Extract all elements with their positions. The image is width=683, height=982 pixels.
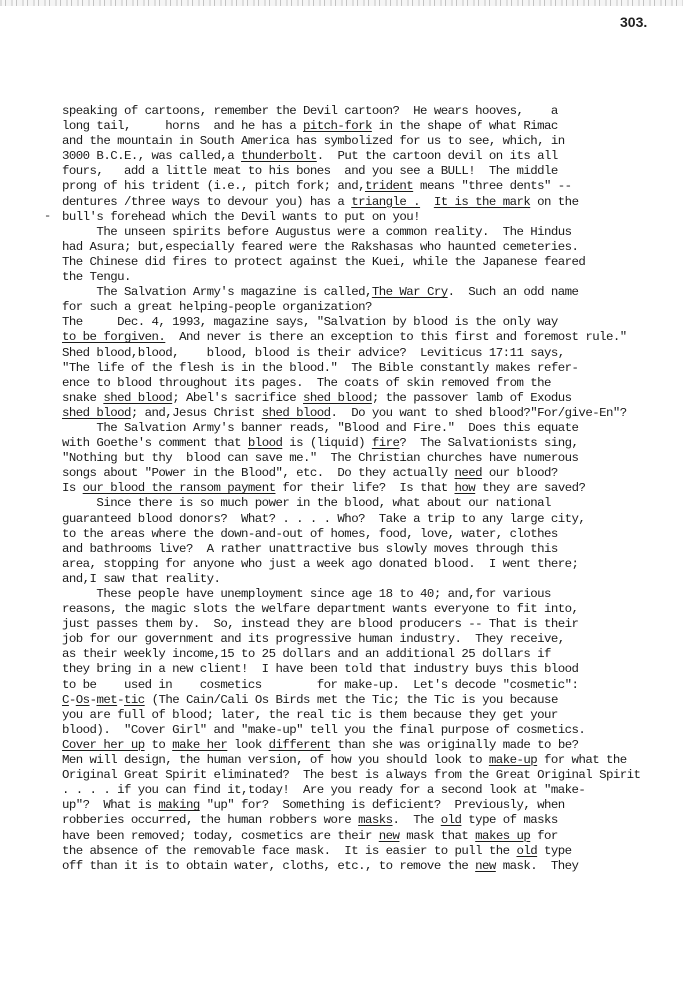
text-segment: area, stopping for anyone who just a wee… (62, 557, 578, 571)
underlined-text: Cover her up (62, 738, 145, 752)
text-line: reasons, the magic slots the welfare dep… (62, 602, 683, 617)
underlined-text: make-up (489, 753, 537, 767)
text-line: you are full of blood; later, the real t… (62, 708, 683, 723)
text-line: These people have unemployment since age… (62, 587, 683, 602)
text-segment: they are saved? (475, 481, 585, 495)
underlined-text: It is the mark (434, 195, 530, 209)
text-segment: to be used in cosmetics for make-up. Let… (62, 678, 578, 692)
scan-edge-noise (0, 0, 683, 6)
text-segment: Shed blood,blood, blood, blood is their … (62, 346, 565, 360)
text-segment: reasons, the magic slots the welfare dep… (62, 602, 578, 616)
text-segment: for their life? Is that (275, 481, 454, 495)
text-segment: ? The Salvationists sing, (399, 436, 578, 450)
text-line: and bathrooms live? A rather unattractiv… (62, 542, 683, 557)
text-segment: blood). "Cover Girl" and "make-up" tell … (62, 723, 585, 737)
underlined-text: shed blood (103, 391, 172, 405)
text-line: up"? What is making "up" for? Something … (62, 798, 683, 813)
text-segment: they bring in a new client! I have been … (62, 662, 578, 676)
text-line: songs about "Power in the Blood", etc. D… (62, 466, 683, 481)
page-number: 303. (620, 14, 647, 30)
text-line: have been removed; today, cosmetics are … (62, 829, 683, 844)
underlined-text: makes up (475, 829, 530, 843)
text-segment: up"? What is (62, 798, 158, 812)
text-line: Since there is so much power in the bloo… (62, 496, 683, 511)
text-segment: the absence of the removable face mask. … (62, 844, 516, 858)
text-segment: . Such an odd name (448, 285, 579, 299)
text-line: to the areas where the down-and-out of h… (62, 527, 683, 542)
text-segment: had Asura; but,especially feared were th… (62, 240, 578, 254)
text-line: with Goethe's comment that blood is (liq… (62, 436, 683, 451)
text-line: they bring in a new client! I have been … (62, 662, 683, 677)
text-segment: fours, add a little meat to his bones an… (62, 164, 558, 178)
underlined-text: C (62, 693, 69, 707)
underlined-text: new (379, 829, 400, 843)
underlined-text: Os (76, 693, 90, 707)
text-line: and,I saw that reality. (62, 572, 683, 587)
text-segment: in the shape of what Rimac (372, 119, 558, 133)
text-line: as their weekly income,15 to 25 dollars … (62, 647, 683, 662)
text-segment: mask. They (496, 859, 579, 873)
text-segment: dentures /three ways to devour you) has … (62, 195, 351, 209)
text-segment: songs about "Power in the Blood", etc. D… (62, 466, 454, 480)
text-segment: ; the passover lamb of Exodus (372, 391, 572, 405)
text-line: had Asura; but,especially feared were th… (62, 240, 683, 255)
text-segment: "The life of the flesh is in the blood."… (62, 361, 578, 375)
text-segment: . . . . if you can find it,today! Are yo… (62, 783, 585, 797)
text-segment: and bathrooms live? A rather unattractiv… (62, 542, 558, 556)
text-segment: our blood? (482, 466, 558, 480)
text-segment: (The Cain/Cali Os Birds met the Tic; the… (145, 693, 558, 707)
text-segment: and the mountain in South America has sy… (62, 134, 565, 148)
text-line: speaking of cartoons, remember the Devil… (62, 104, 683, 119)
text-segment: long tail, horns and he has a (62, 119, 303, 133)
text-line: C-Os-met-tic (The Cain/Cali Os Birds met… (62, 693, 683, 708)
text-segment: for what the (537, 753, 627, 767)
underlined-text: thunderbolt (241, 149, 317, 163)
text-segment: - (117, 693, 124, 707)
text-line: prong of his trident (i.e., pitch fork; … (62, 179, 683, 194)
underlined-text: need (454, 466, 482, 480)
text-segment: for such a great helping-people organiza… (62, 300, 372, 314)
underlined-text: shed blood (62, 406, 131, 420)
text-segment: speaking of cartoons, remember the Devil… (62, 104, 558, 118)
text-segment: off than it is to obtain water, cloths, … (62, 859, 475, 873)
text-line: "Nothing but thy blood can save me." The… (62, 451, 683, 466)
text-segment: The Dec. 4, 1993, magazine says, "Salvat… (62, 315, 558, 329)
margin-mark: - (44, 209, 51, 223)
underlined-text: fire (372, 436, 400, 450)
text-segment: for (530, 829, 558, 843)
text-line: to be used in cosmetics for make-up. Let… (62, 678, 683, 693)
underlined-text: pitch-fork (303, 119, 372, 133)
text-segment: The Chinese did fires to protect against… (62, 255, 585, 269)
text-segment: The Salvation Army's magazine is called, (62, 285, 372, 299)
text-line: for such a great helping-people organiza… (62, 300, 683, 315)
text-line: guaranteed blood donors? What? . . . . W… (62, 512, 683, 527)
text-segment: . Do you want to shed blood?"For/give-En… (331, 406, 627, 420)
text-segment: robberies occurred, the human robbers wo… (62, 813, 358, 827)
underlined-text: triangle . (351, 195, 420, 209)
text-segment: . Put the cartoon devil on its all (317, 149, 558, 163)
underlined-text: different (269, 738, 331, 752)
text-line: dentures /three ways to devour you) has … (62, 195, 683, 210)
text-segment: type (537, 844, 571, 858)
text-line: ence to blood throughout its pages. The … (62, 376, 683, 391)
underlined-text: shed blood (262, 406, 331, 420)
text-line: The Chinese did fires to protect against… (62, 255, 683, 270)
text-segment: And never is there an exception to this … (165, 330, 626, 344)
underlined-text: tic (124, 693, 145, 707)
text-line: the absence of the removable face mask. … (62, 844, 683, 859)
text-segment: and,I saw that reality. (62, 572, 220, 586)
text-line: robberies occurred, the human robbers wo… (62, 813, 683, 828)
text-segment: The unseen spirits before Augustus were … (62, 225, 572, 239)
underlined-text: to be forgiven. (62, 330, 165, 344)
text-segment: bull's forehead which the Devil wants to… (62, 210, 420, 224)
text-segment: snake (62, 391, 103, 405)
text-segment (420, 195, 434, 209)
text-line: Original Great Spirit eliminated? The be… (62, 768, 683, 783)
text-segment: to (145, 738, 173, 752)
text-line: shed blood; and,Jesus Christ shed blood.… (62, 406, 683, 421)
text-line: and the mountain in South America has sy… (62, 134, 683, 149)
text-segment: These people have unemployment since age… (62, 587, 551, 601)
text-segment: Is (62, 481, 83, 495)
text-segment: - (69, 693, 76, 707)
text-segment: guaranteed blood donors? What? . . . . W… (62, 512, 585, 526)
text-line: "The life of the flesh is in the blood."… (62, 361, 683, 376)
underlined-text: make her (172, 738, 227, 752)
text-segment: ; Abel's sacrifice (172, 391, 303, 405)
text-segment: on the (530, 195, 578, 209)
text-segment: job for our government and its progressi… (62, 632, 565, 646)
document-body: speaking of cartoons, remember the Devil… (62, 104, 683, 874)
text-line: the Tengu. (62, 270, 683, 285)
underlined-text: old (441, 813, 462, 827)
text-segment: ence to blood throughout its pages. The … (62, 376, 551, 390)
text-segment: Original Great Spirit eliminated? The be… (62, 768, 640, 782)
underlined-text: how (455, 481, 476, 495)
text-segment: Men will design, the human version, of h… (62, 753, 489, 767)
text-line: 3000 B.C.E., was called,a thunderbolt. P… (62, 149, 683, 164)
text-segment: The Salvation Army's banner reads, "Bloo… (62, 421, 578, 435)
text-segment: "Nothing but thy blood can save me." The… (62, 451, 578, 465)
underlined-text: met (96, 693, 117, 707)
text-segment: is (liquid) (282, 436, 372, 450)
text-line: The Dec. 4, 1993, magazine says, "Salvat… (62, 315, 683, 330)
text-line: . . . . if you can find it,today! Are yo… (62, 783, 683, 798)
text-segment: to the areas where the down-and-out of h… (62, 527, 558, 541)
text-segment: just passes them by. So, instead they ar… (62, 617, 578, 631)
text-segment: mask that (399, 829, 475, 843)
text-segment: prong of his trident (i.e., pitch fork; … (62, 179, 365, 193)
text-line: Shed blood,blood, blood, blood is their … (62, 346, 683, 361)
text-segment: means "three dents" -- (413, 179, 571, 193)
text-segment: the Tengu. (62, 270, 131, 284)
underlined-text: old (516, 844, 537, 858)
text-line: Cover her up to make her look different … (62, 738, 683, 753)
underlined-text: trident (365, 179, 413, 193)
text-line: bull's forehead which the Devil wants to… (62, 210, 683, 225)
text-segment: 3000 B.C.E., was called,a (62, 149, 241, 163)
text-line: long tail, horns and he has a pitch-fork… (62, 119, 683, 134)
underlined-text: our blood the ransom payment (83, 481, 276, 495)
text-segment: look (227, 738, 268, 752)
text-line: snake shed blood; Abel's sacrifice shed … (62, 391, 683, 406)
text-line: The Salvation Army's banner reads, "Bloo… (62, 421, 683, 436)
underlined-text: masks (358, 813, 392, 827)
underlined-text: new (475, 859, 496, 873)
text-line: Men will design, the human version, of h… (62, 753, 683, 768)
text-segment: as their weekly income,15 to 25 dollars … (62, 647, 551, 661)
text-segment: you are full of blood; later, the real t… (62, 708, 558, 722)
underlined-text: The War Cry (372, 285, 448, 299)
underlined-text: blood (248, 436, 282, 450)
text-line: blood). "Cover Girl" and "make-up" tell … (62, 723, 683, 738)
text-line: area, stopping for anyone who just a wee… (62, 557, 683, 572)
text-segment: Since there is so much power in the bloo… (62, 496, 551, 510)
text-line: The Salvation Army's magazine is called,… (62, 285, 683, 300)
text-segment: with Goethe's comment that (62, 436, 248, 450)
text-line: off than it is to obtain water, cloths, … (62, 859, 683, 874)
text-line: to be forgiven. And never is there an ex… (62, 330, 683, 345)
text-line: job for our government and its progressi… (62, 632, 683, 647)
text-line: fours, add a little meat to his bones an… (62, 164, 683, 179)
underlined-text: making (158, 798, 199, 812)
text-segment: . The (393, 813, 441, 827)
text-segment: type of masks (461, 813, 557, 827)
text-segment: have been removed; today, cosmetics are … (62, 829, 379, 843)
text-segment: "up" for? Something is deficient? Previo… (200, 798, 565, 812)
text-segment: ; and,Jesus Christ (131, 406, 262, 420)
text-line: just passes them by. So, instead they ar… (62, 617, 683, 632)
text-segment: than she was originally made to be? (331, 738, 579, 752)
underlined-text: shed blood (303, 391, 372, 405)
text-line: Is our blood the ransom payment for thei… (62, 481, 683, 496)
text-line: The unseen spirits before Augustus were … (62, 225, 683, 240)
